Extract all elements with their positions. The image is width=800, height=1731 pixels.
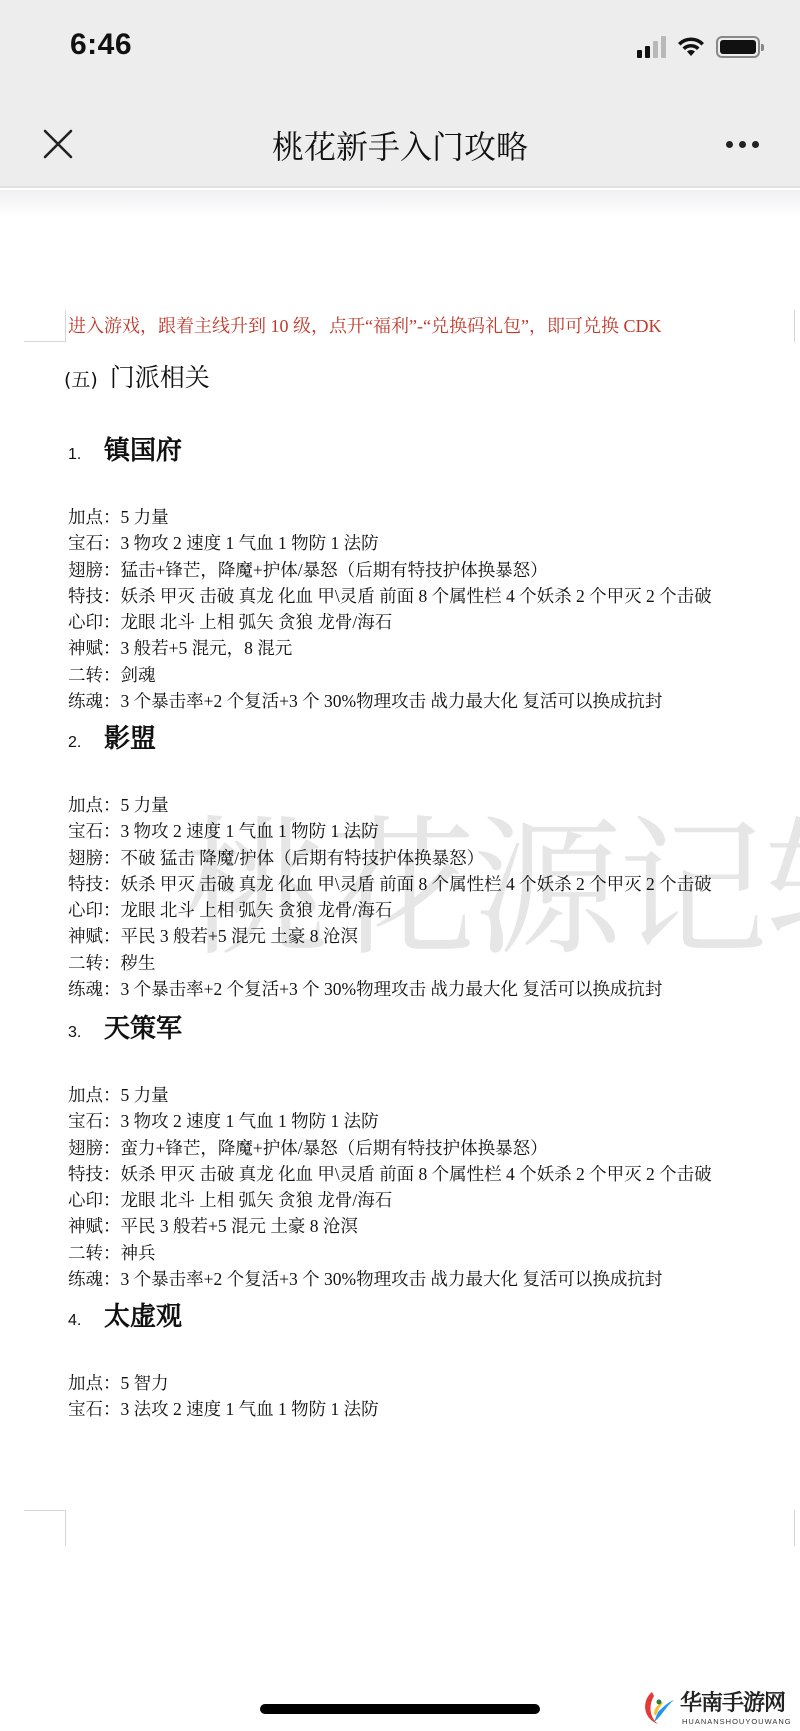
document-page[interactable]: 桃花源记轮回 进入游戏，跟着主线升到 10 级，点开“福利”-“兑换码礼包”，即… <box>0 218 800 1658</box>
attr-row: 宝石：3 物攻 2 速度 1 气血 1 物防 1 法防 <box>68 818 800 844</box>
attr-row: 加点：5 力量 <box>68 1082 800 1108</box>
sect-number: 1. <box>68 446 104 464</box>
attr-row: 心印：龙眼 北斗 上相 弧矢 贪狼 龙骨/海石 <box>68 1187 800 1213</box>
battery-icon <box>716 36 760 58</box>
attr-row: 特技：妖杀 甲灭 击破 真龙 化血 甲\灵盾 前面 8 个属性栏 4 个妖杀 2… <box>68 1161 800 1187</box>
page-title: 桃花新手入门攻略 <box>0 122 800 168</box>
attr-row: 翅膀：不破 猛击 降魔/护体（后期有特技护体换暴怒） <box>68 845 800 871</box>
attr-row: 宝石：3 物攻 2 速度 1 气血 1 物防 1 法防 <box>68 530 800 556</box>
sect-heading: 4. 太虚观 <box>68 1296 800 1336</box>
sect-attributes: 加点：5 力量 宝石：3 物攻 2 速度 1 气血 1 物防 1 法防 翅膀：猛… <box>68 504 800 714</box>
more-icon-dot <box>752 141 759 148</box>
attr-row: 练魂：3 个暴击率+2 个复活+3 个 30%物理攻击 战力最大化 复活可以换成… <box>68 976 800 1002</box>
home-indicator[interactable] <box>260 1704 540 1714</box>
attr-row: 翅膀：猛击+锋芒，降魔+护体/暴怒（后期有特技护体换暴怒） <box>68 557 800 583</box>
more-icon <box>726 141 733 148</box>
attr-row: 特技：妖杀 甲灭 击破 真龙 化血 甲\灵盾 前面 8 个属性栏 4 个妖杀 2… <box>68 871 800 897</box>
wifi-icon <box>676 36 706 58</box>
attr-row: 神赋：3 般若+5 混元，8 混元 <box>68 635 800 661</box>
sect-attributes: 加点：5 力量 宝石：3 物攻 2 速度 1 气血 1 物防 1 法防 翅膀：蛮… <box>68 1082 800 1292</box>
attr-row: 神赋：平民 3 般若+5 混元 土豪 8 沧溟 <box>68 1213 800 1239</box>
sect-heading: 2. 影盟 <box>68 718 800 758</box>
attr-row: 加点：5 力量 <box>68 504 800 530</box>
crop-mark-top-right <box>794 310 800 342</box>
sect-block-1: 1. 镇国府 加点：5 力量 宝石：3 物攻 2 速度 1 气血 1 物防 1 … <box>68 430 800 714</box>
cdk-notice: 进入游戏，跟着主线升到 10 级，点开“福利”-“兑换码礼包”，即可兑换 CDK <box>68 312 661 338</box>
crop-mark-bottom-right <box>794 1510 800 1546</box>
attr-row: 加点：5 力量 <box>68 792 800 818</box>
section-number: (五) <box>64 369 98 391</box>
attr-row: 翅膀：蛮力+锋芒，降魔+护体/暴怒（后期有特技护体换暴怒） <box>68 1135 800 1161</box>
status-time: 6:46 <box>70 28 132 62</box>
sect-block-4: 4. 太虚观 加点：5 智力 宝石：3 法攻 2 速度 1 气血 1 物防 1 … <box>68 1296 800 1423</box>
sect-name: 镇国府 <box>104 430 182 467</box>
logo-name: 华南手游网 <box>680 1686 785 1717</box>
crop-mark-top-left <box>24 310 66 342</box>
sect-number: 2. <box>68 734 104 752</box>
more-button[interactable] <box>718 122 766 166</box>
logo-subtitle: HUANANSHOUYOUWANG <box>682 1717 792 1726</box>
sect-block-3: 3. 天策军 加点：5 力量 宝石：3 物攻 2 速度 1 气血 1 物防 1 … <box>68 1008 800 1292</box>
status-icons <box>637 36 760 58</box>
sect-attributes: 加点：5 力量 宝石：3 物攻 2 速度 1 气血 1 物防 1 法防 翅膀：不… <box>68 792 800 1002</box>
nav-shadow <box>0 190 800 218</box>
more-icon-dot <box>739 141 746 148</box>
sect-number: 3. <box>68 1024 104 1042</box>
attr-row: 二转：神兵 <box>68 1240 800 1266</box>
nav-bar: 桃花新手入门攻略 <box>0 100 800 188</box>
site-logo: 华南手游网 HUANANSHOUYOUWANG <box>642 1688 800 1731</box>
section-heading: (五) 门派相关 <box>64 358 210 394</box>
attr-row: 特技：妖杀 甲灭 击破 真龙 化血 甲\灵盾 前面 8 个属性栏 4 个妖杀 2… <box>68 583 800 609</box>
logo-mark-icon <box>642 1688 676 1728</box>
section-title: 门派相关 <box>110 363 210 392</box>
sect-block-2: 2. 影盟 加点：5 力量 宝石：3 物攻 2 速度 1 气血 1 物防 1 法… <box>68 718 800 1002</box>
cellular-signal-icon <box>637 36 666 58</box>
attr-row: 二转：剑魂 <box>68 662 800 688</box>
attr-row: 练魂：3 个暴击率+2 个复活+3 个 30%物理攻击 战力最大化 复活可以换成… <box>68 1266 800 1292</box>
attr-row: 宝石：3 法攻 2 速度 1 气血 1 物防 1 法防 <box>68 1396 800 1422</box>
sect-name: 影盟 <box>104 718 156 755</box>
attr-row: 练魂：3 个暴击率+2 个复活+3 个 30%物理攻击 战力最大化 复活可以换成… <box>68 688 800 714</box>
sect-heading: 1. 镇国府 <box>68 430 800 470</box>
sect-attributes: 加点：5 智力 宝石：3 法攻 2 速度 1 气血 1 物防 1 法防 <box>68 1370 800 1423</box>
attr-row: 加点：5 智力 <box>68 1370 800 1396</box>
sect-name: 天策军 <box>104 1008 182 1045</box>
attr-row: 心印：龙眼 北斗 上相 弧矢 贪狼 龙骨/海石 <box>68 897 800 923</box>
sect-heading: 3. 天策军 <box>68 1008 800 1048</box>
crop-mark-bottom-left <box>24 1510 66 1546</box>
attr-row: 神赋：平民 3 般若+5 混元 土豪 8 沧溟 <box>68 923 800 949</box>
attr-row: 宝石：3 物攻 2 速度 1 气血 1 物防 1 法防 <box>68 1108 800 1134</box>
sect-number: 4. <box>68 1312 104 1330</box>
attr-row: 二转：秽生 <box>68 950 800 976</box>
status-bar: 6:46 <box>0 0 800 100</box>
sect-name: 太虚观 <box>104 1296 182 1333</box>
attr-row: 心印：龙眼 北斗 上相 弧矢 贪狼 龙骨/海石 <box>68 609 800 635</box>
